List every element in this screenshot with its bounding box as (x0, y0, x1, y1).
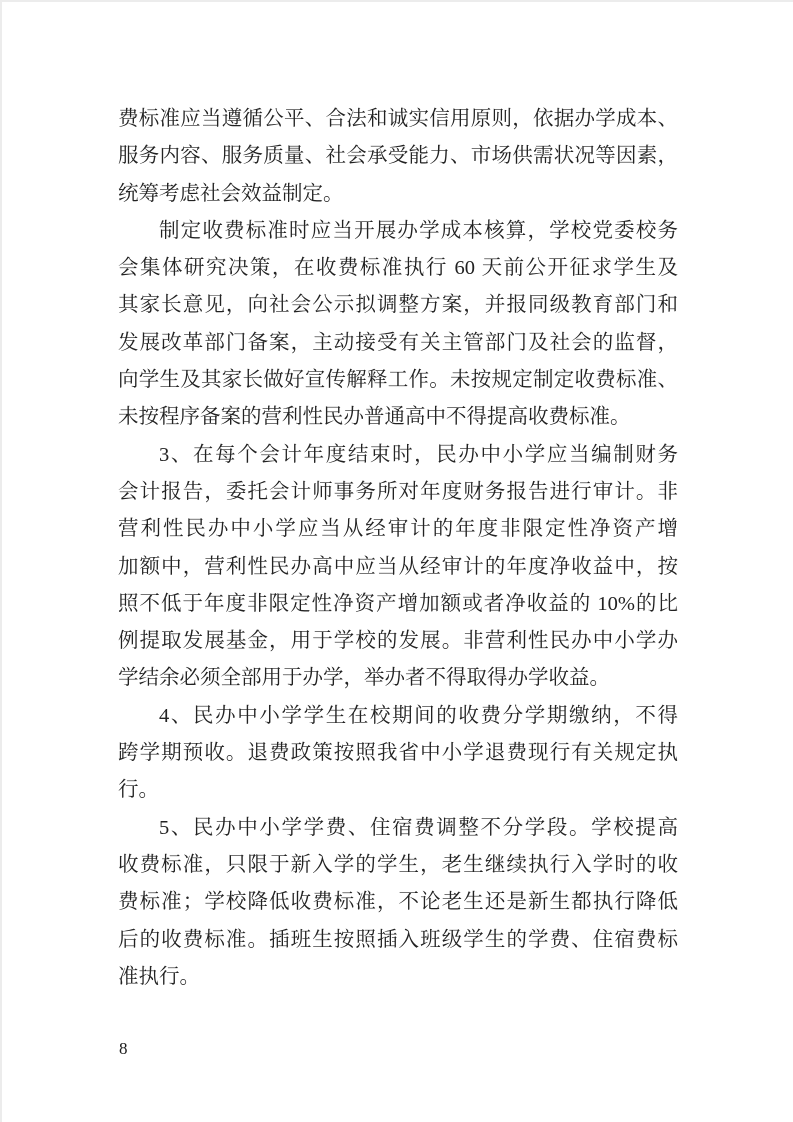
text-line: 3、在每个会计年度结束时，民办中小学应当编制财务 (118, 437, 678, 474)
text-line: 向学生及其家长做好宣传解释工作。未按规定制定收费标准、 (118, 362, 678, 399)
text-line: 统筹考虑社会效益制定。 (118, 176, 678, 213)
text-line: 其家长意见，向社会公示拟调整方案，并报同级教育部门和 (118, 287, 678, 324)
document-body: 费标准应当遵循公平、合法和诚实信用原则，依据办学成本、服务内容、服务质量、社会承… (118, 101, 678, 996)
text-line: 会计报告，委托会计师事务所对年度财务报告进行审计。非 (118, 474, 678, 511)
text-line: 未按程序备案的营利性民办普通高中不得提高收费标准。 (118, 399, 678, 436)
text-line: 照不低于年度非限定性净资产增加额或者净收益的 10%的比 (118, 586, 678, 623)
text-line: 例提取发展基金，用于学校的发展。非营利性民办中小学办 (118, 623, 678, 660)
text-line: 营利性民办中小学应当从经审计的年度非限定性净资产增 (118, 511, 678, 548)
text-line: 会集体研究决策，在收费标准执行 60 天前公开征求学生及 (118, 250, 678, 287)
text-line: 服务内容、服务质量、社会承受能力、市场供需状况等因素， (118, 138, 678, 175)
text-line: 行。 (118, 772, 678, 809)
text-line: 跨学期预收。退费政策按照我省中小学退费现行有关规定执 (118, 735, 678, 772)
text-line: 后的收费标准。插班生按照插入班级学生的学费、住宿费标 (118, 922, 678, 959)
text-line: 4、民办中小学学生在校期间的收费分学期缴纳，不得 (118, 698, 678, 735)
text-line: 费标准应当遵循公平、合法和诚实信用原则，依据办学成本、 (118, 101, 678, 138)
text-line: 费标准；学校降低收费标准，不论老生还是新生都执行降低 (118, 884, 678, 921)
page-number: 8 (119, 1040, 128, 1057)
text-line: 学结余必须全部用于办学，举办者不得取得办学收益。 (118, 660, 678, 697)
text-line: 准执行。 (118, 959, 678, 996)
text-line: 收费标准，只限于新入学的学生，老生继续执行入学时的收 (118, 847, 678, 884)
text-line: 发展改革部门备案，主动接受有关主管部门及社会的监督， (118, 325, 678, 362)
document-page: 费标准应当遵循公平、合法和诚实信用原则，依据办学成本、服务内容、服务质量、社会承… (0, 0, 793, 1122)
text-line: 制定收费标准时应当开展办学成本核算，学校党委校务 (118, 213, 678, 250)
text-line: 5、民办中小学学费、住宿费调整不分学段。学校提高 (118, 810, 678, 847)
text-line: 加额中，营利性民办高中应当从经审计的年度净收益中，按 (118, 549, 678, 586)
